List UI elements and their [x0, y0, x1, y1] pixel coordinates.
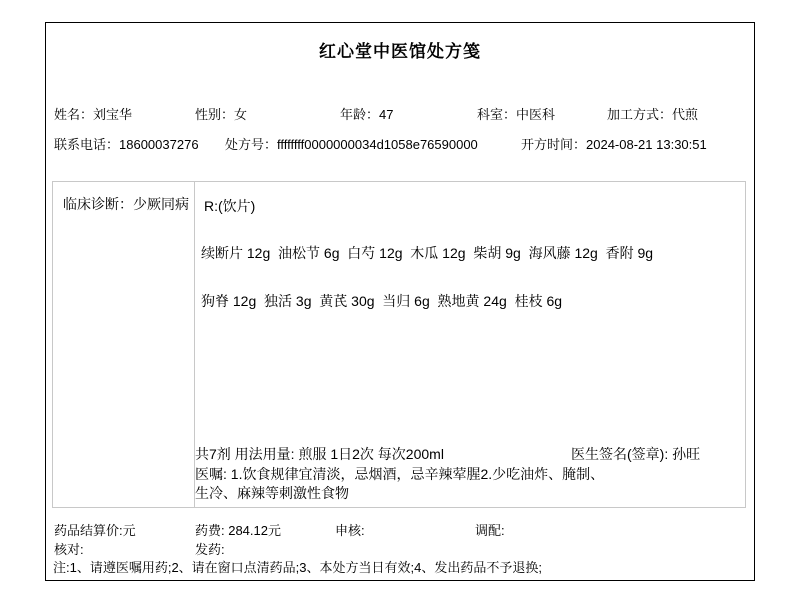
patient-gender-value: 女 — [234, 107, 247, 122]
open-time-label: 开方时间： — [521, 137, 586, 152]
dispense-field: 发药: — [195, 542, 225, 558]
page-title: 红心堂中医馆处方笺 — [46, 37, 754, 62]
processing-method-value: 代煎 — [672, 107, 698, 122]
medical-advice-text: 医嘱: 1.饮食规律宜清淡，忌烟酒，忌辛辣荤腥2.少吃油炸、腌制、 生冷、麻辣等… — [195, 465, 615, 503]
rx-number-label: 处方号： — [225, 137, 277, 152]
patient-name-label: 姓名： — [54, 107, 93, 122]
prepare-field: 调配: — [475, 523, 505, 539]
patient-gender-field: 性别：女 — [195, 107, 247, 123]
open-time-value: 2024-08-21 13:30:51 — [586, 137, 707, 152]
patient-age-field: 年龄：47 — [340, 107, 393, 123]
processing-method-field: 加工方式：代煎 — [607, 107, 698, 123]
patient-age-label: 年龄： — [340, 107, 379, 122]
patient-phone-value: 18600037276 — [119, 137, 199, 152]
patient-phone-field: 联系电话：18600037276 — [54, 137, 199, 153]
prescription-box: 临床诊断：少厥同病 R:(饮片) 续断片 12g 油松节 6g 白芍 12g 木… — [52, 181, 746, 508]
herb-line-2: 狗脊 12g 独活 3g 黄芪 30g 当归 6g 熟地黄 24g 桂枝 6g — [201, 293, 562, 310]
patient-phone-label: 联系电话： — [54, 137, 119, 152]
clinical-diagnosis-field: 临床诊断：少厥同病 — [63, 196, 189, 213]
herb-line-1: 续断片 12g 油松节 6g 白芍 12g 木瓜 12g 柴胡 9g 海风藤 1… — [201, 245, 653, 262]
patient-department-value: 中医科 — [516, 107, 555, 122]
rx-number-field: 处方号：ffffffff0000000034d1058e76590000 — [225, 137, 478, 153]
patient-age-value: 47 — [379, 107, 393, 122]
rx-number-value: ffffffff0000000034d1058e76590000 — [277, 137, 478, 152]
patient-department-label: 科室： — [477, 107, 516, 122]
settle-price-field: 药品结算价:元 — [54, 523, 136, 539]
footer-note: 注:1、请遵医嘱用药;2、请在窗口点清药品;3、本处方当日有效;4、发出药品不予… — [53, 560, 542, 576]
patient-name-field: 姓名：刘宝华 — [54, 107, 132, 123]
check-field: 核对: — [54, 542, 84, 558]
open-time-field: 开方时间：2024-08-21 13:30:51 — [521, 137, 707, 153]
medicine-fee-field: 药费: 284.12元 — [195, 523, 281, 539]
clinical-diagnosis-value: 少厥同病 — [133, 196, 189, 212]
patient-name-value: 刘宝华 — [93, 107, 132, 122]
usage-dosage-text: 共7剂 用法用量: 煎服 1日2次 每次200ml — [195, 446, 444, 463]
processing-method-label: 加工方式： — [607, 107, 672, 122]
review-field: 申核: — [335, 523, 365, 539]
prescription-sheet: 红心堂中医馆处方笺 姓名：刘宝华 性别：女 年龄：47 科室：中医科 加工方式：… — [45, 22, 755, 581]
patient-gender-label: 性别： — [195, 107, 234, 122]
doctor-signature: 医生签名(签章): 孙旺 — [571, 446, 700, 463]
patient-department-field: 科室：中医科 — [477, 107, 555, 123]
rx-header: R:(饮片) — [204, 198, 255, 215]
clinical-diagnosis-label: 临床诊断： — [63, 196, 133, 212]
